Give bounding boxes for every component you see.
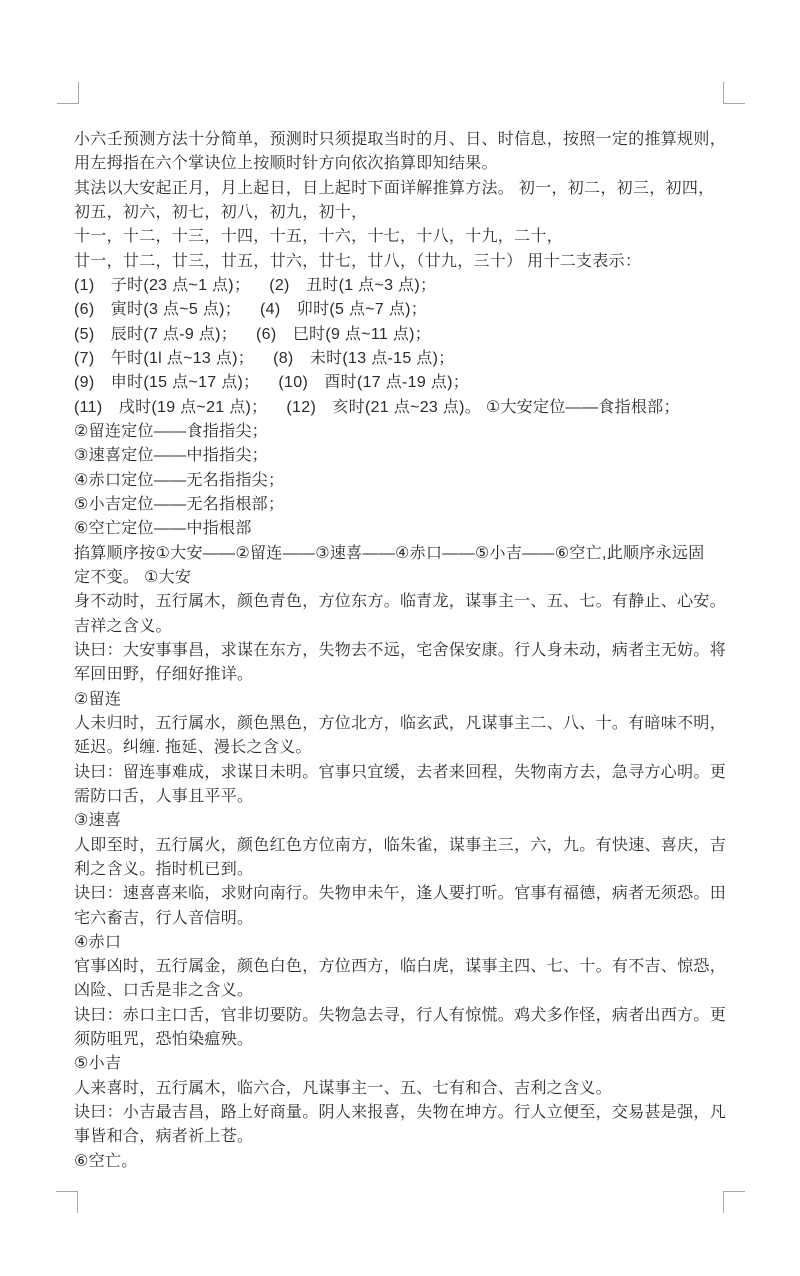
text-line: (11) 戌时(19 点~21 点)； (12) 亥时(21 点~23 点)。 … — [74, 396, 734, 420]
text-line: 利之含义。指时机已到。 — [74, 858, 734, 882]
text-line: (7) 午时(1l 点~13 点)； (8) 未时(13 点-15 点)； — [74, 347, 734, 371]
text-line: (5) 辰时(7 点-9 点)； (6) 巳时(9 点~11 点)； — [74, 323, 734, 347]
text-line: ③速喜定位——中指指尖； — [74, 444, 734, 468]
text-line: 十一，十二，十三，十四，十五，十六，十七，十八，十九，二十， — [74, 225, 734, 249]
margin-mark-top-right — [723, 82, 745, 104]
document-text-body: 小六壬预测方法十分简单，预测时只须提取当时的月、日、时信息，按照一定的推算规则，… — [74, 128, 734, 1174]
text-line: 初五，初六，初七，初八，初九，初十， — [74, 201, 734, 225]
text-line: 宅六畜吉，行人音信明。 — [74, 907, 734, 931]
text-line: 小六壬预测方法十分简单，预测时只须提取当时的月、日、时信息，按照一定的推算规则， — [74, 128, 734, 152]
text-line: (6) 寅时(3 点~5 点)； (4) 卯时(5 点~7 点)； — [74, 298, 734, 322]
text-line: 凶险、口舌是非之含义。 — [74, 979, 734, 1003]
text-line: 其法以大安起正月，月上起日，日上起时下面详解推算方法。 初一，初二，初三，初四， — [74, 177, 734, 201]
text-line: 人来喜时，五行属木，临六合，凡谋事主一、五、七有和合、吉利之含义。 — [74, 1077, 734, 1101]
text-line: ④赤口 — [74, 931, 734, 955]
text-line: 诀曰：小吉最吉昌，路上好商量。阴人来报喜，失物在坤方。行人立便至，交易甚是强，凡 — [74, 1101, 734, 1125]
text-line: 用左拇指在六个掌诀位上按顺时针方向依次掐算即知结果。 — [74, 152, 734, 176]
text-line: ⑤小吉定位——无名指根部； — [74, 493, 734, 517]
text-line: 人即至时，五行属火，颜色红色方位南方，临朱雀，谋事主三，六，九。有快速、喜庆，吉 — [74, 834, 734, 858]
text-line: 须防咀咒，恐怕染瘟殃。 — [74, 1028, 734, 1052]
document-page: 小六壬预测方法十分简单，预测时只须提取当时的月、日、时信息，按照一定的推算规则，… — [0, 0, 800, 1276]
text-line: 军回田野，仔细好推详。 — [74, 663, 734, 687]
text-line: ⑥空亡。 — [74, 1150, 734, 1174]
text-line: ⑤小吉 — [74, 1052, 734, 1076]
text-line: 延迟。纠缠. 拖延、漫长之含义。 — [74, 736, 734, 760]
text-line: 诀曰：大安事事昌，求谋在东方，失物去不远，宅舍保安康。行人身未动，病者主无妨。将 — [74, 639, 734, 663]
margin-mark-bottom-left — [56, 1191, 78, 1213]
text-line: 人未归时，五行属水，颜色黑色，方位北方，临玄武，凡谋事主二、八、十。有暗味不明， — [74, 712, 734, 736]
text-line: 身不动时，五行属木，颜色青色，方位东方。临青龙，谋事主一、五、七。有静止、心安。 — [74, 590, 734, 614]
text-line: 官事凶时，五行属金，颜色白色，方位西方，临白虎，谋事主四、七、十。有不吉、惊恐， — [74, 955, 734, 979]
text-line: ③速喜 — [74, 809, 734, 833]
text-line: ②留连 — [74, 688, 734, 712]
text-line: ④赤口定位——无名指指尖； — [74, 469, 734, 493]
text-line: 掐算顺序按①大安——②留连——③速喜——④赤口——⑤小吉——⑥空亡,此顺序永远固 — [74, 542, 734, 566]
text-line: (9) 申时(15 点~17 点)； (10) 酉时(17 点-19 点)； — [74, 371, 734, 395]
text-line: (1) 子时(23 点~1 点)； (2) 丑时(1 点~3 点)； — [74, 274, 734, 298]
margin-mark-bottom-right — [723, 1191, 745, 1213]
text-line: 事皆和合，病者祈上苍。 — [74, 1125, 734, 1149]
text-line: 廿一，廿二，廿三，廿五，廿六，廿七，廿八，（廿九，三十） 用十二支表示： — [74, 250, 734, 274]
text-line: 诀曰：留连事难成，求谋日未明。官事只宜缓，去者来回程，失物南方去，急寻方心明。更 — [74, 761, 734, 785]
text-line: ②留连定位——食指指尖； — [74, 420, 734, 444]
text-line: 诀曰：速喜喜来临，求财向南行。失物申未午，逢人要打听。官事有福德，病者无须恐。田 — [74, 882, 734, 906]
text-line: 定不变。 ①大安 — [74, 566, 734, 590]
text-line: 吉祥之含义。 — [74, 615, 734, 639]
margin-mark-top-left — [57, 82, 79, 104]
text-line: 需防口舌，人事且平平。 — [74, 785, 734, 809]
text-line: ⑥空亡定位——中指根部 — [74, 517, 734, 541]
text-line: 诀曰：赤口主口舌，官非切要防。失物急去寻，行人有惊慌。鸡犬多作怪，病者出西方。更 — [74, 1004, 734, 1028]
